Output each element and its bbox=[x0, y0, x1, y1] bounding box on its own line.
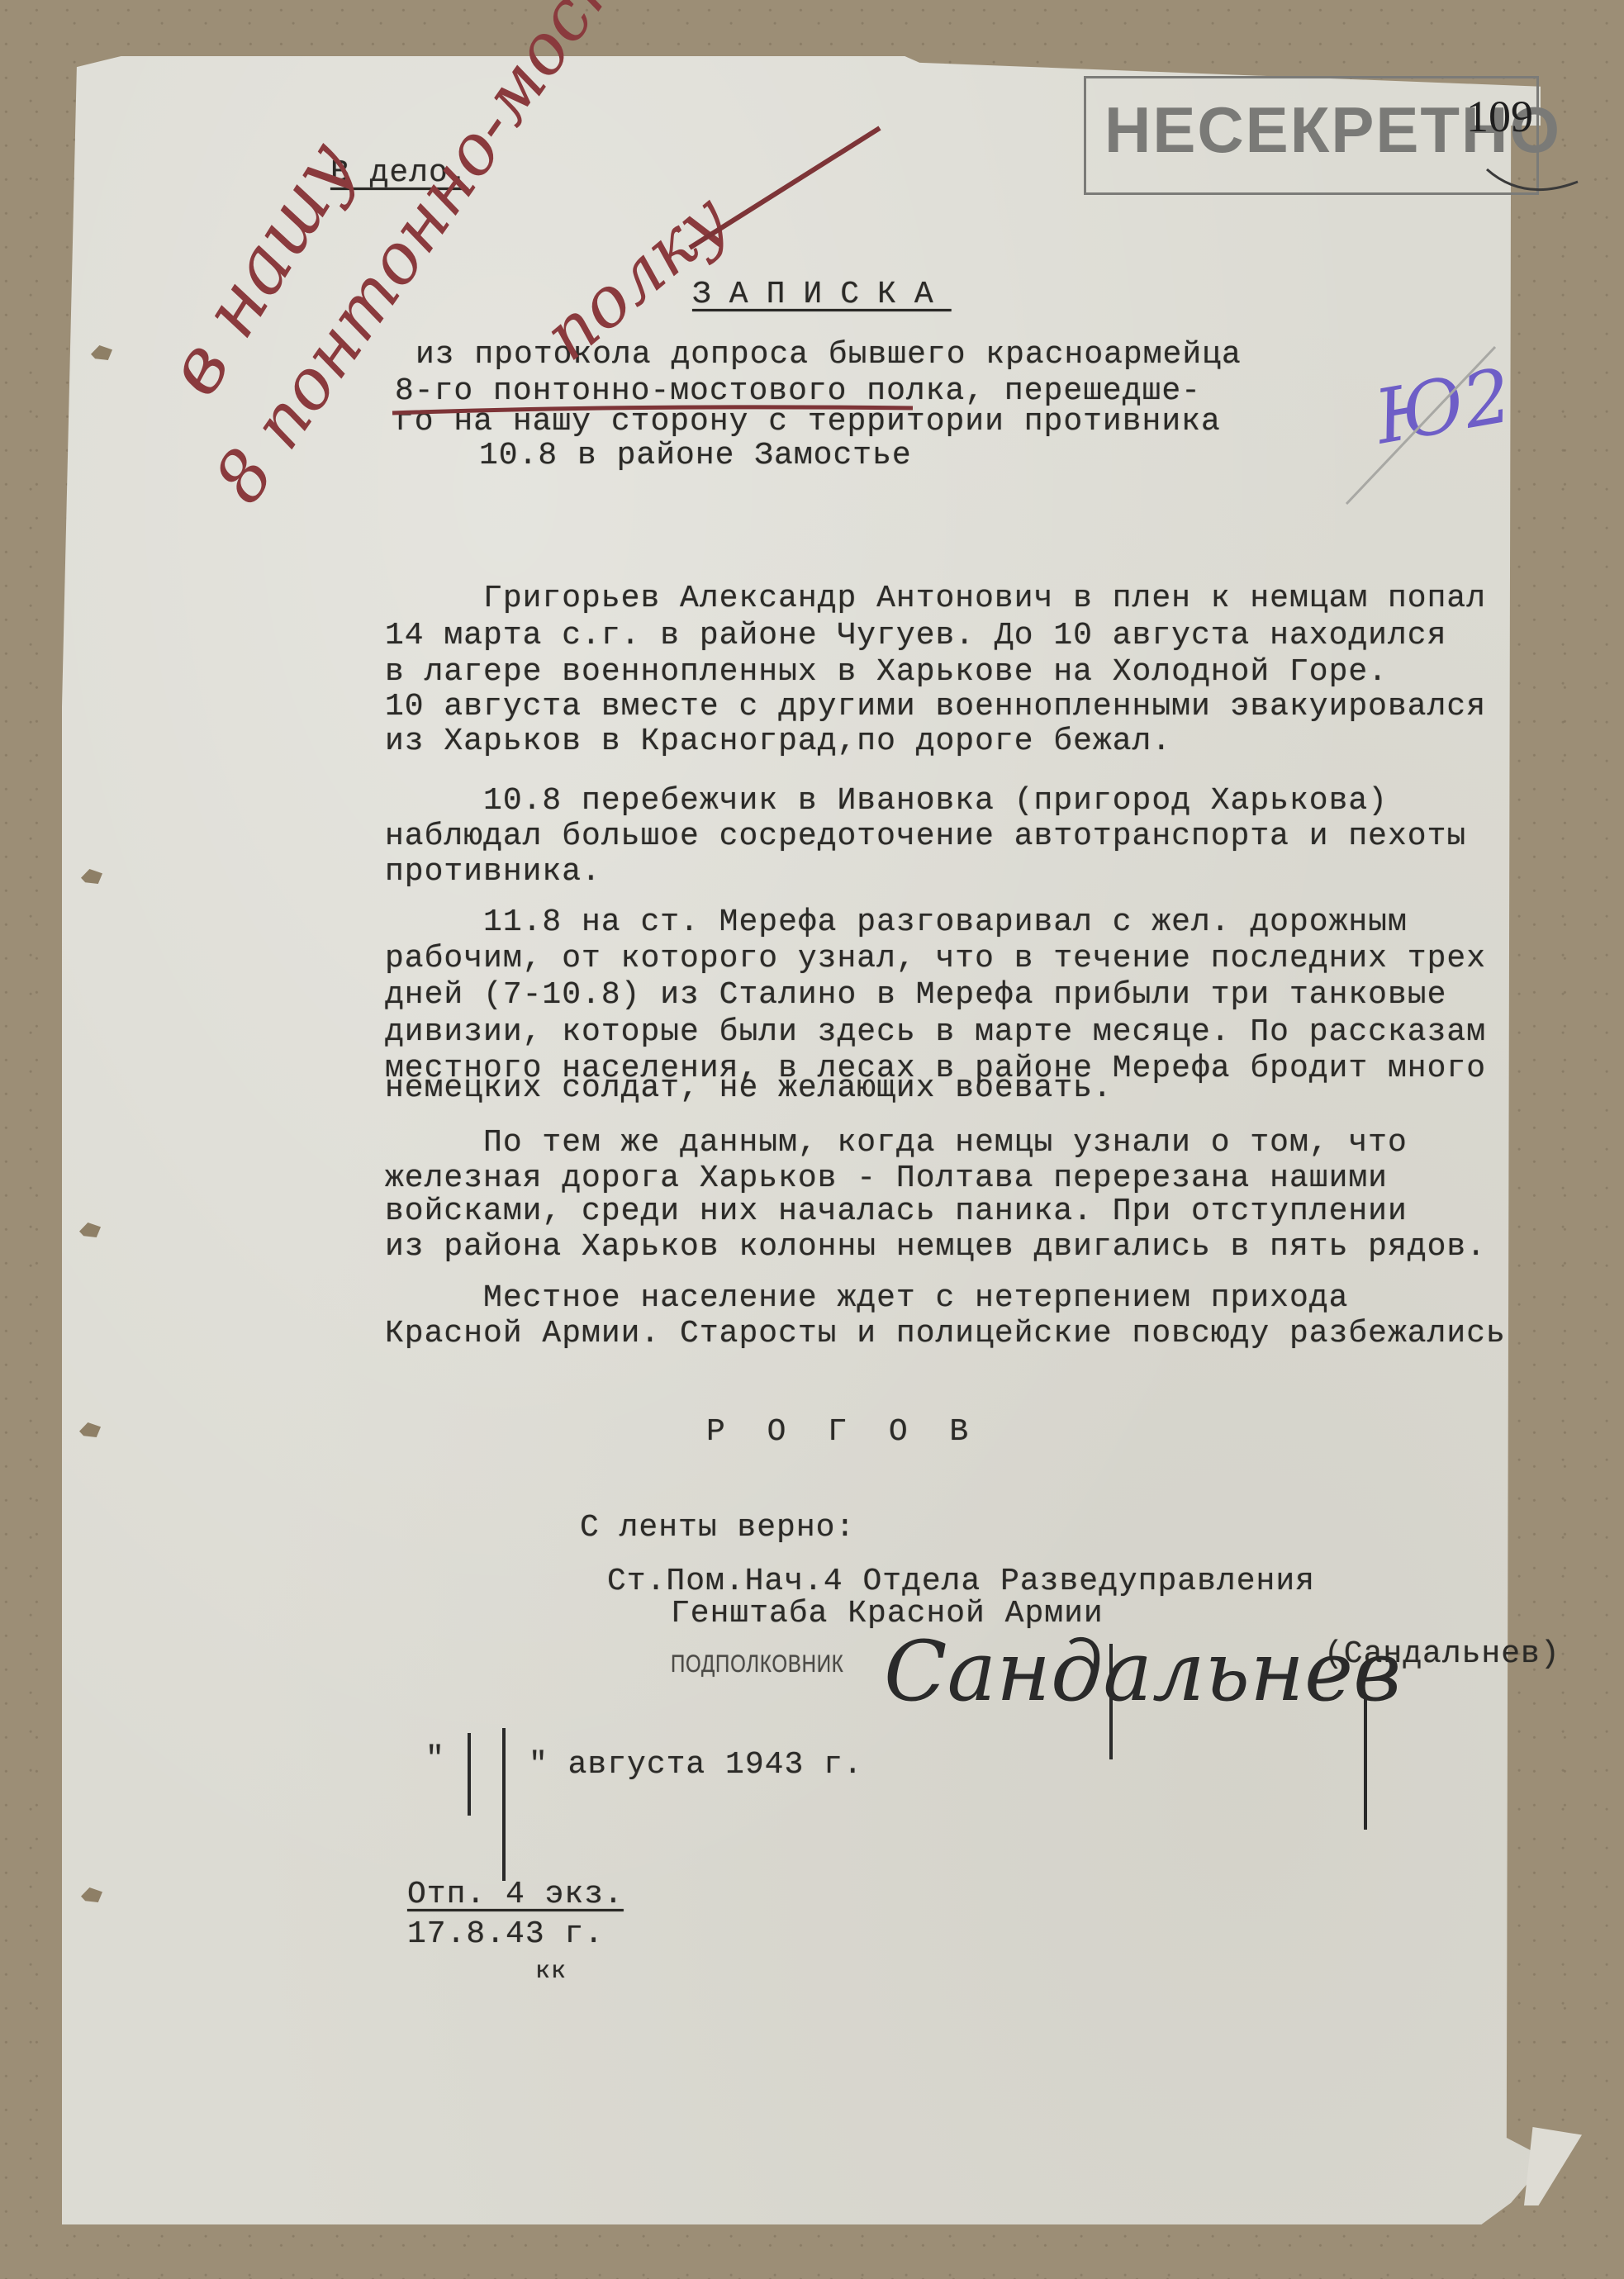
paragraph-line: Красной Армии. Старосты и полицейские по… bbox=[385, 1316, 1506, 1352]
paragraph-line: 11.8 на ст. Мерефа разговаривал с жел. д… bbox=[385, 904, 1408, 941]
paragraph-line: наблюдал большое сосредоточение автотран… bbox=[385, 819, 1466, 855]
paragraph-line: рабочим, от которого узнал, что в течени… bbox=[385, 941, 1486, 977]
paragraph-line: дивизии, которые были здесь в марте меся… bbox=[385, 1014, 1486, 1051]
paragraph-line: немецких солдат, не желающих воевать. bbox=[385, 1071, 1113, 1107]
paragraph-line: дней (7-10.8) из Сталино в Мерефа прибыл… bbox=[385, 977, 1446, 1014]
typist-initials: кк bbox=[535, 1954, 567, 1990]
red-underline bbox=[388, 403, 917, 420]
pencil-slash bbox=[1338, 339, 1503, 512]
paragraph-line: из Харьков в Красноград,по дороге бежал. bbox=[385, 724, 1171, 760]
subtitle-line: 10.8 в районе Замостье bbox=[479, 438, 912, 474]
copies-note: Отп. 4 экз. bbox=[407, 1877, 624, 1913]
document-date: " августа 1943 г. bbox=[529, 1747, 863, 1783]
paragraph-line: По тем же данным, когда немцы узнали о т… bbox=[385, 1125, 1408, 1161]
paragraph-line: железная дорога Харьков - Полтава перере… bbox=[385, 1161, 1388, 1197]
signature-stroke bbox=[1364, 1697, 1367, 1830]
signer-name: (Сандальнев) bbox=[1324, 1636, 1560, 1673]
folded-corner bbox=[1524, 2127, 1582, 2205]
copies-date: 17.8.43 г. bbox=[407, 1916, 604, 1953]
handwritten-day-stroke bbox=[468, 1733, 471, 1816]
paragraph-line: 10.8 перебежчик в Ивановка (пригород Хар… bbox=[385, 783, 1388, 819]
paragraph-line: из района Харьков колонны немцев двигали… bbox=[385, 1229, 1486, 1265]
date-open-quote: " bbox=[425, 1741, 445, 1778]
pencil-arc-mark bbox=[1483, 165, 1582, 207]
paragraph-line: в лагере военнопленных в Харькове на Хол… bbox=[385, 654, 1388, 691]
paragraph-line: Григорьев Александр Антонович в плен к н… bbox=[385, 581, 1486, 617]
paragraph-line: 10 августа вместе с другими военнопленны… bbox=[385, 689, 1486, 725]
position-line: Ст.Пом.Нач.4 Отдела Разведуправления bbox=[607, 1564, 1315, 1600]
rank: ПОДПОЛКОВНИК bbox=[671, 1646, 844, 1683]
paragraph-line: Местное население ждет с нетерпением при… bbox=[385, 1280, 1348, 1317]
author-name: Р О Г О В bbox=[706, 1414, 980, 1450]
document-title: ЗАПИСКА bbox=[692, 277, 952, 313]
subtitle-line: из протокола допроса бывшего красноармей… bbox=[415, 337, 1242, 373]
paragraph-line: 14 марта с.г. в районе Чугуев. До 10 авг… bbox=[385, 618, 1446, 654]
signature-stroke bbox=[1109, 1644, 1113, 1759]
red-pen-stroke bbox=[686, 124, 884, 256]
handwritten-day-stroke bbox=[502, 1728, 506, 1881]
certified-copy-note: С ленты верно: bbox=[580, 1510, 855, 1546]
archive-page-number: 109 bbox=[1466, 91, 1533, 142]
paragraph-line: противника. bbox=[385, 854, 601, 890]
paragraph-line: войсками, среди них началась паника. При… bbox=[385, 1194, 1408, 1230]
